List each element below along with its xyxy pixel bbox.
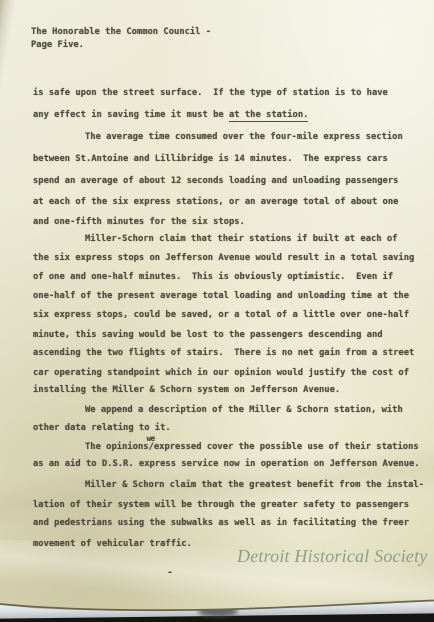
photographed-document: The Honorable the Common Council - Page … — [0, 0, 434, 622]
paper-bottom-edge — [0, 0, 434, 622]
